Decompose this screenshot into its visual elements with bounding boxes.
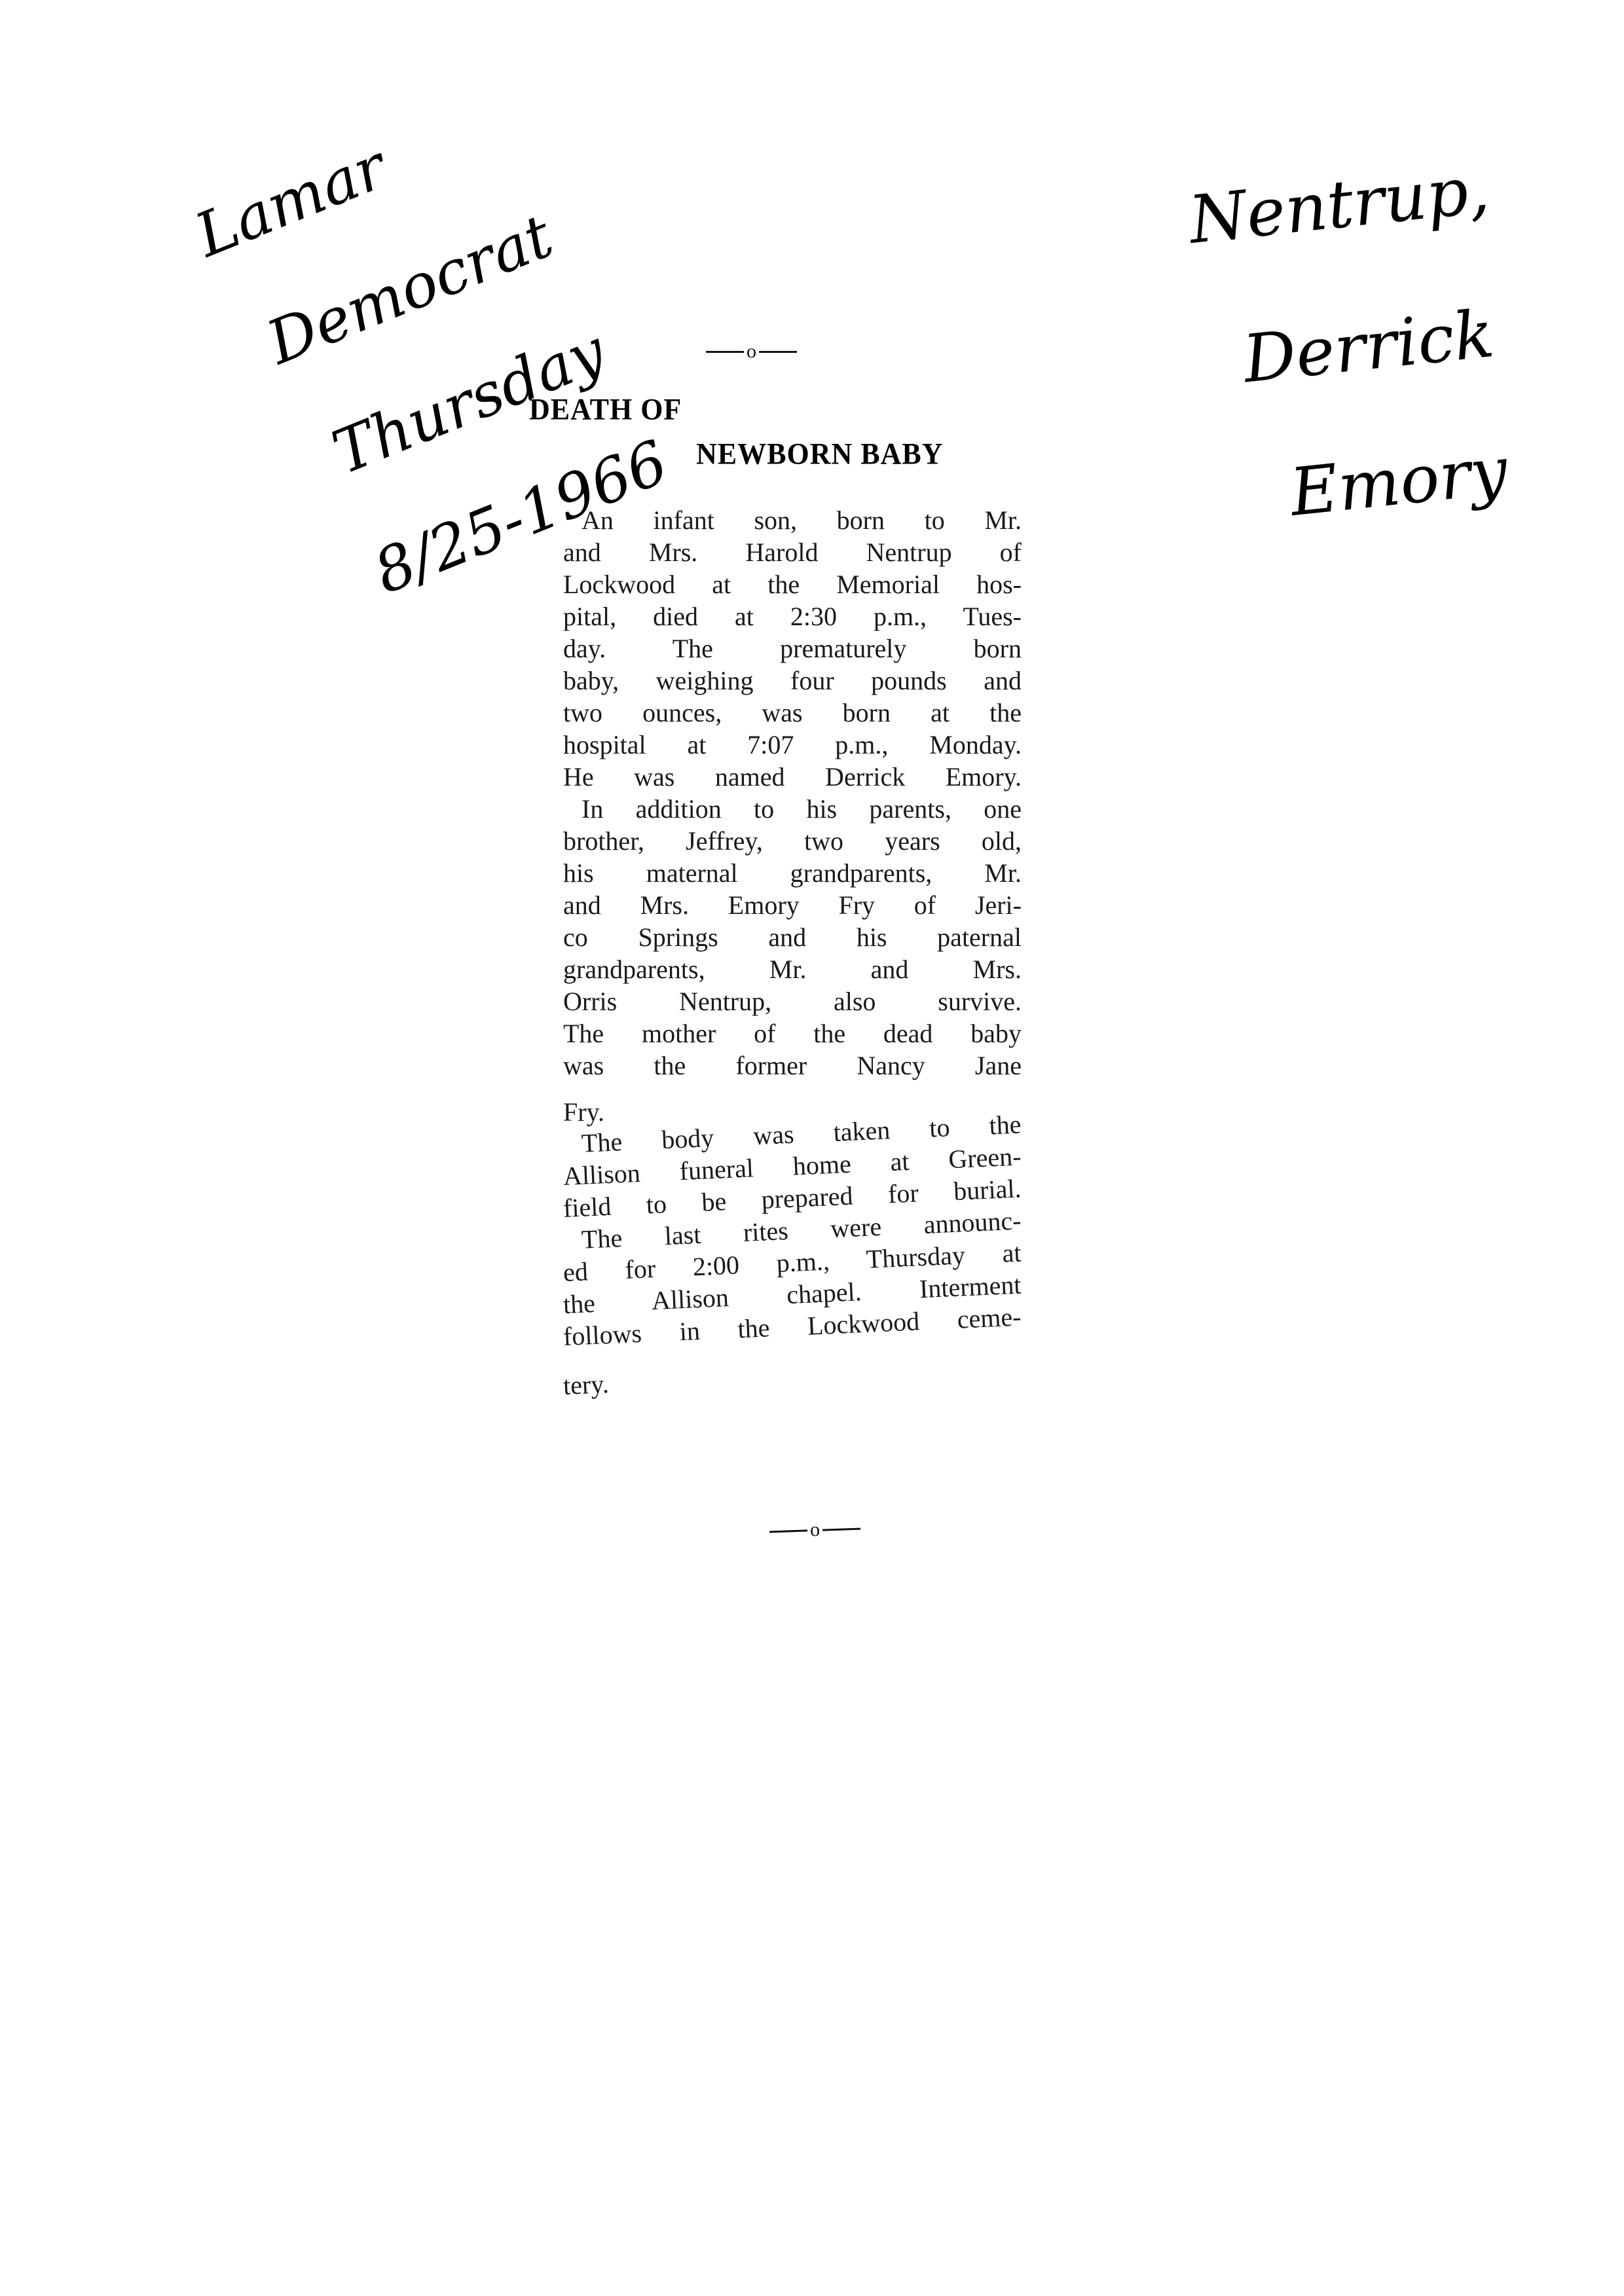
text-line: An infant son, born to Mr. [563,504,1022,536]
text-line: In addition to his parents, one [563,793,1022,825]
text-line: pital, died at 2:30 p.m., Tues- [563,600,1022,632]
text-line: He was named Derrick Emory. [563,761,1022,793]
divider-rule [769,1529,807,1533]
divider-rule [759,351,797,353]
headline-line2: NEWBORN BABY [696,437,944,472]
paragraph-1: An infant son, born to Mr. and Mrs. Haro… [563,504,1022,793]
divider-rule [822,1527,860,1531]
text-line: Orris Nentrup, also survive. [563,985,1022,1017]
middle-name: Emory [1287,435,1521,527]
paragraph-4: The last rites were announc- ed for 2:00… [563,1224,1022,1402]
text-line: two ounces, was born at the [563,697,1022,729]
handwritten-name-note: Nentrup, Derrick Emory [1179,86,1529,603]
text-line: tery. [563,1349,1022,1401]
text-line: baby, weighing four pounds and [563,665,1022,697]
headline-line1: DEATH OF [529,392,682,428]
text-line: and Mrs. Emory Fry of Jeri- [563,889,1022,921]
divider-ornament: o [809,1519,820,1542]
given-name: Derrick [1240,298,1507,393]
text-line: was the former Nancy Jane [563,1049,1022,1082]
paragraph-2: In addition to his parents, one brother,… [563,793,1022,1128]
divider-rule [706,351,744,353]
text-line: his maternal grandparents, Mr. [563,857,1022,889]
surname: Nentrup, [1186,155,1492,254]
text-line: The mother of the dead baby [563,1017,1022,1049]
text-line: brother, Jeffrey, two years old, [563,825,1022,857]
text-line: hospital at 7:07 p.m., Monday. [563,729,1022,761]
top-divider: o [706,340,797,363]
text-line: day. The prematurely born [563,632,1022,665]
text-line: and Mrs. Harold Nentrup of [563,536,1022,568]
text-line: co Springs and his paternal [563,921,1022,953]
text-line: grandparents, Mr. and Mrs. [563,953,1022,985]
divider-ornament: o [747,340,756,363]
text-line: Lockwood at the Memorial hos- [563,568,1022,600]
bottom-divider: o [769,1518,860,1543]
article-body: An infant son, born to Mr. and Mrs. Haro… [563,504,1022,1402]
